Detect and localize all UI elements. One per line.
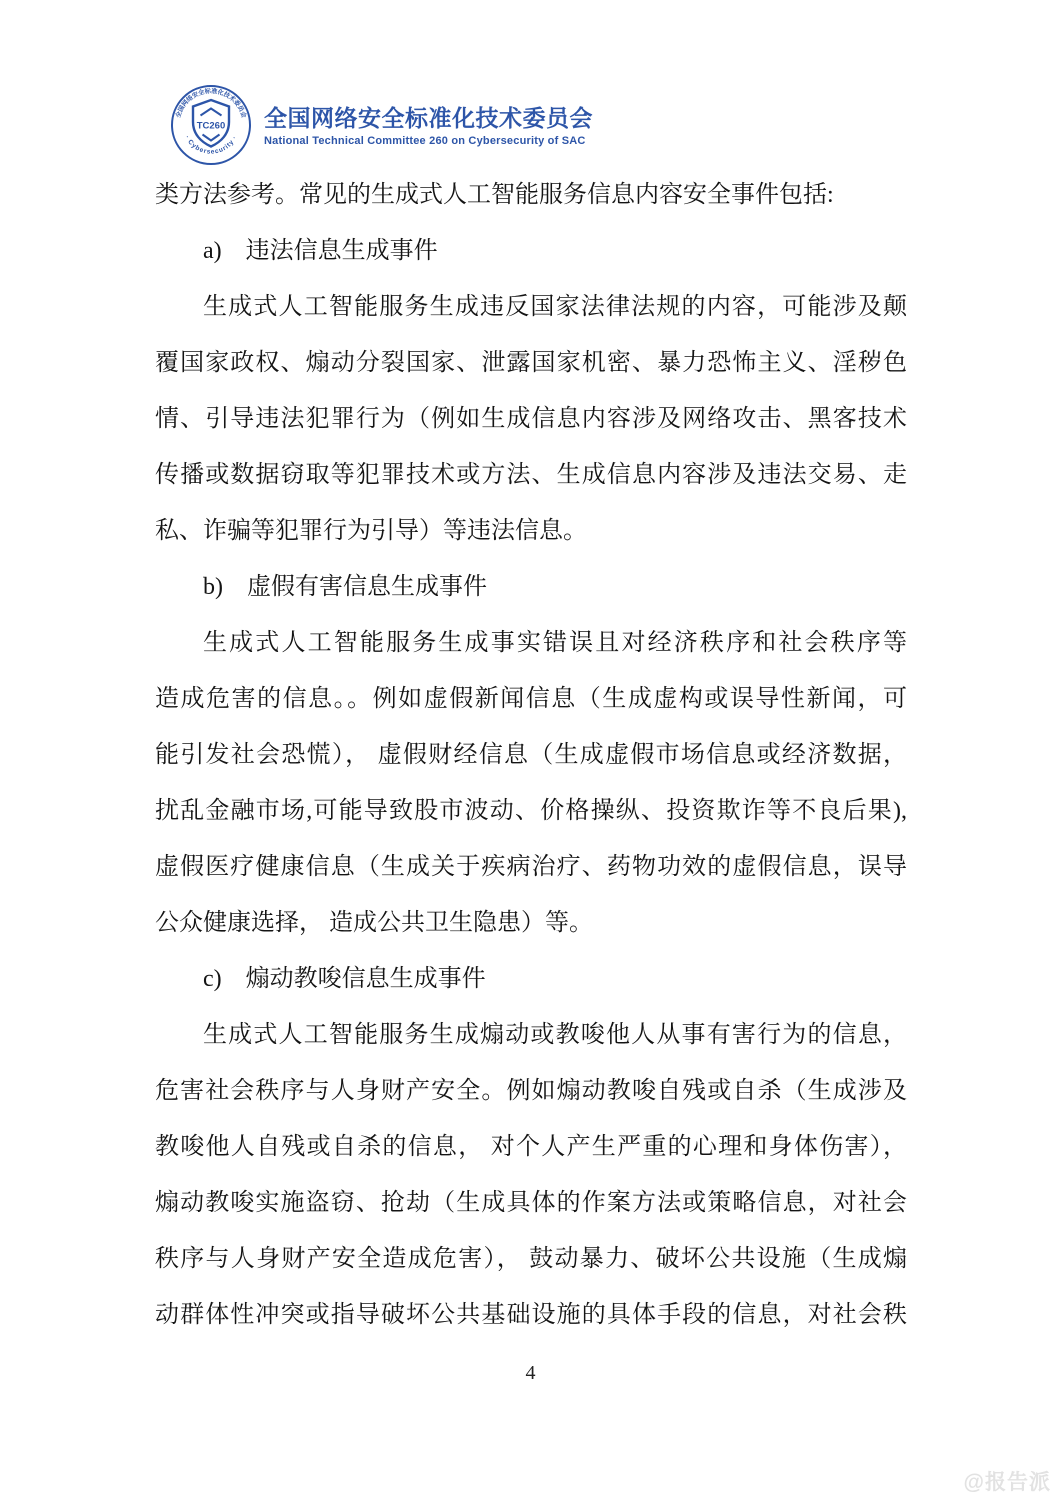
text-line-item-c: c) 煽动教唆信息生成事件	[155, 951, 907, 1007]
text-line: 生成式人工智能服务生成违反国家法律法规的内容，可能涉及颠	[155, 279, 907, 335]
document-page: 全国网络安全标准化技术委员会 · Cybersecurity · TC260 全…	[0, 0, 1061, 1500]
text-line: 虚假医疗健康信息（生成关于疾病治疗、药物功效的虚假信息，误导	[155, 839, 907, 895]
text-line: 秩序与人身财产安全造成危害）， 鼓动暴力、破坏公共设施（生成煽	[155, 1231, 907, 1287]
text-line: 造成危害的信息。。例如虚假新闻信息（生成虚构或误导性新闻，可	[155, 671, 907, 727]
text-line: 覆国家政权、煽动分裂国家、泄露国家机密、暴力恐怖主义、淫秽色	[155, 335, 907, 391]
text-line: 煽动教唆实施盗窃、抢劫（生成具体的作案方法或策略信息，对社会	[155, 1175, 907, 1231]
text-line-item-b: b) 虚假有害信息生成事件	[155, 559, 907, 615]
text-line: 扰乱金融市场,可能导致股市波动、价格操纵、投资欺诈等不良后果),	[155, 783, 907, 839]
committee-title-en: National Technical Committee 260 on Cybe…	[264, 135, 593, 147]
text-line: 能引发社会恐慌）， 虚假财经信息（生成虚假市场信息或经济数据，	[155, 727, 907, 783]
page-number: 4	[0, 1362, 1061, 1385]
watermark: @报告派	[964, 1466, 1051, 1496]
logo-badge-text: TC260	[197, 121, 226, 132]
document-body: 类方法参考。常见的生成式人工智能服务信息内容安全事件包括: a) 违法信息生成事…	[155, 167, 907, 1343]
text-line: 公众健康选择， 造成公共卫生隐患）等。	[155, 895, 907, 951]
page-header: 全国网络安全标准化技术委员会 · Cybersecurity · TC260 全…	[170, 84, 593, 166]
text-line-item-a: a) 违法信息生成事件	[155, 223, 907, 279]
header-titles: 全国网络安全标准化技术委员会 National Technical Commit…	[264, 104, 593, 147]
text-line: 生成式人工智能服务生成事实错误且对经济秩序和社会秩序等	[155, 615, 907, 671]
text-line: 传播或数据窃取等犯罪技术或方法、生成信息内容涉及违法交易、走	[155, 447, 907, 503]
text-line: 生成式人工智能服务生成煽动或教唆他人从事有害行为的信息，	[155, 1007, 907, 1063]
tc260-logo: 全国网络安全标准化技术委员会 · Cybersecurity · TC260	[170, 84, 252, 166]
text-line: 情、引导违法犯罪行为（例如生成信息内容涉及网络攻击、黑客技术	[155, 391, 907, 447]
committee-title-cn: 全国网络安全标准化技术委员会	[264, 104, 593, 132]
text-line: 类方法参考。常见的生成式人工智能服务信息内容安全事件包括:	[155, 167, 907, 223]
text-line: 危害社会秩序与人身财产安全。例如煽动教唆自残或自杀（生成涉及	[155, 1063, 907, 1119]
text-line: 教唆他人自残或自杀的信息， 对个人产生严重的心理和身体伤害），	[155, 1119, 907, 1175]
text-line: 动群体性冲突或指导破坏公共基础设施的具体手段的信息，对社会秩	[155, 1287, 907, 1343]
text-line: 私、诈骗等犯罪行为引导）等违法信息。	[155, 503, 907, 559]
